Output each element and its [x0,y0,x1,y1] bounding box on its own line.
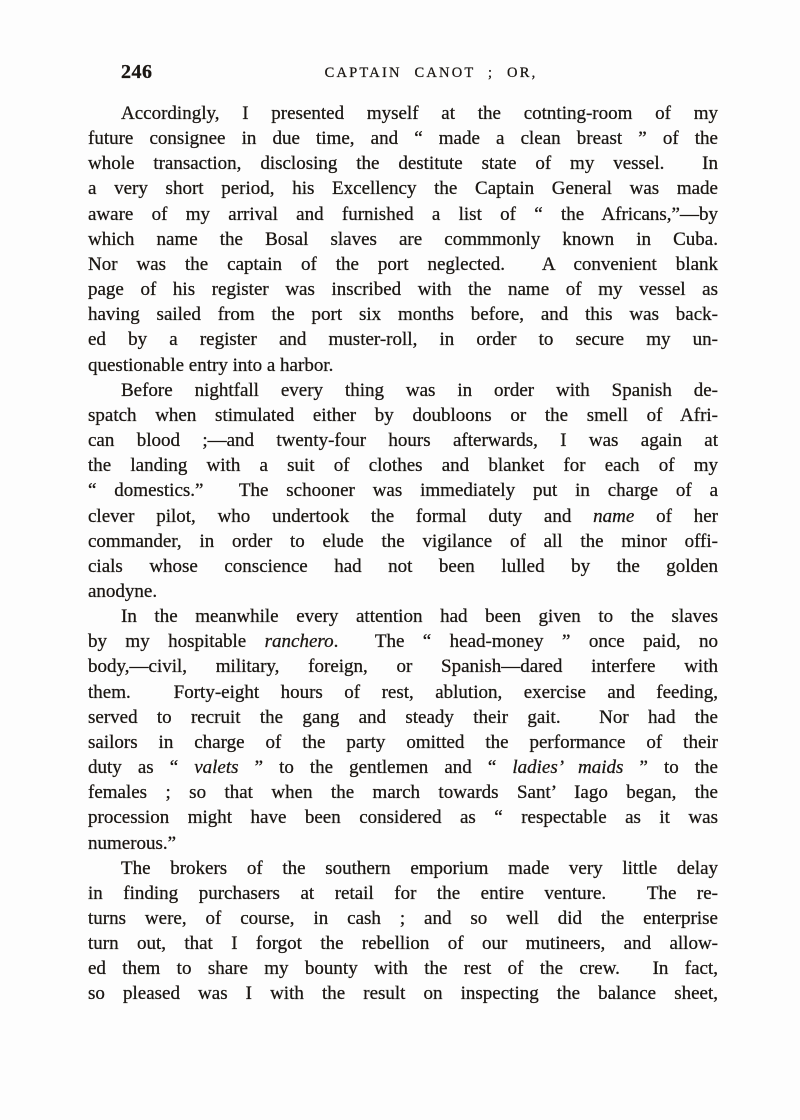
text-line: served to recruit the gang and steady th… [88,705,718,730]
text-line: which name the Bosal slaves are commmonl… [88,227,718,252]
paragraph: Accordingly, I presented myself at the c… [88,101,718,378]
text-segment: numerous.” [88,833,176,854]
text-segment: In the meanwhile every attention had bee… [121,606,718,627]
paragraph: The brokers of the southern emporium mad… [88,856,718,1007]
text-segment: turns were, of course, in cash ; and so … [88,908,718,929]
text-segment: sailors in charge of the party omitted t… [88,732,718,753]
text-line: the landing with a suit of clothes and b… [88,453,718,478]
paragraph: In the meanwhile every attention had bee… [88,604,718,856]
text-segment: anodyne. [88,581,157,602]
text-segment: whole transaction, disclosing the destit… [88,153,718,174]
text-line: spatch when stimulated either by doubloo… [88,403,718,428]
text-line: Before nightfall every thing was in orde… [88,378,718,403]
italic-text: name [593,506,634,527]
text-line: them. Forty-eight hours of rest, ablutio… [88,680,718,705]
text-line: ed them to share my bounty with the rest… [88,956,718,981]
text-line: questionable entry into a harbor. [88,353,718,378]
text-segment: in finding purchasers at retail for the … [88,883,718,904]
text-line: future consignee in due time, and “ made… [88,126,718,151]
italic-text: ladies’ maids [512,757,623,778]
book-page: 246 CAPTAIN CANOT ; OR, Accordingly, I p… [0,0,800,1120]
text-segment: of her [634,506,718,527]
text-line: so pleased was I with the result on insp… [88,981,718,1006]
text-line: procession might have been considered as… [88,805,718,830]
text-line: anodyne. [88,579,718,604]
page-number: 246 [121,61,153,83]
text-segment: questionable entry into a harbor. [88,355,333,376]
text-line: cials whose conscience had not been lull… [88,554,718,579]
text-segment: having sailed from the port six months b… [88,304,718,325]
text-segment: body,—civil, military, foreign, or Spani… [88,656,718,677]
text-line: duty as “ valets ” to the gentlemen and … [88,755,718,780]
paragraph: Before nightfall every thing was in orde… [88,378,718,604]
text-line: The brokers of the southern emporium mad… [88,856,718,881]
text-line: commander, in order to elude the vigilan… [88,529,718,554]
text-segment: page of his register was inscribed with … [88,279,718,300]
text-segment: future consignee in due time, and “ made… [88,128,718,149]
text-line: by my hospitable ranchero. The “ head-mo… [88,629,718,654]
text-segment: duty as “ [88,757,194,778]
text-segment: by my hospitable [88,631,265,652]
text-line: can blood ;—and twenty-four hours afterw… [88,428,718,453]
text-segment: Nor was the captain of the port neglecte… [88,254,718,275]
text-segment: so pleased was I with the result on insp… [88,983,718,1004]
text-line: In the meanwhile every attention had bee… [88,604,718,629]
italic-text: valets [194,757,238,778]
page-header: 246 CAPTAIN CANOT ; OR, [88,61,718,85]
text-line: Accordingly, I presented myself at the c… [88,101,718,126]
text-segment: procession might have been considered as… [88,807,718,828]
text-segment: ” to the gentlemen and “ [239,757,513,778]
text-segment: served to recruit the gang and steady th… [88,707,718,728]
text-segment: ” to the [623,757,718,778]
text-line: aware of my arrival and furnished a list… [88,202,718,227]
text-line: page of his register was inscribed with … [88,277,718,302]
text-segment: females ; so that when the march towards… [88,782,718,803]
text-line: turn out, that I forgot the rebellion of… [88,931,718,956]
text-segment: Accordingly, I presented myself at the c… [121,103,718,124]
text-line: numerous.” [88,831,718,856]
text-segment: a very short period, his Excellency the … [88,178,718,199]
text-segment: ed them to share my bounty with the rest… [88,958,718,979]
text-line: turns were, of course, in cash ; and so … [88,906,718,931]
text-segment: the landing with a suit of clothes and b… [88,455,718,476]
text-segment: . The “ head-money ” once paid, no [334,631,718,652]
text-line: having sailed from the port six months b… [88,302,718,327]
text-segment: clever pilot, who undertook the formal d… [88,506,593,527]
text-segment: spatch when stimulated either by doubloo… [88,405,718,426]
text-segment: “ domestics.” The schooner was immediate… [88,480,718,501]
text-line: ed by a register and muster-roll, in ord… [88,327,718,352]
text-segment: cials whose conscience had not been lull… [88,556,718,577]
text-segment: turn out, that I forgot the rebellion of… [88,933,718,954]
text-line: body,—civil, military, foreign, or Spani… [88,654,718,679]
page-body: Accordingly, I presented myself at the c… [88,101,718,1007]
text-line: “ domestics.” The schooner was immediate… [88,478,718,503]
running-title: CAPTAIN CANOT ; OR, [88,65,718,81]
text-line: females ; so that when the march towards… [88,780,718,805]
text-segment: which name the Bosal slaves are commmonl… [88,229,718,250]
text-segment: can blood ;—and twenty-four hours afterw… [88,430,718,451]
text-segment: them. Forty-eight hours of rest, ablutio… [88,682,718,703]
text-segment: aware of my arrival and furnished a list… [88,204,718,225]
text-line: in finding purchasers at retail for the … [88,881,718,906]
text-segment: commander, in order to elude the vigilan… [88,531,718,552]
text-line: clever pilot, who undertook the formal d… [88,504,718,529]
text-line: sailors in charge of the party omitted t… [88,730,718,755]
text-line: Nor was the captain of the port neglecte… [88,252,718,277]
text-line: a very short period, his Excellency the … [88,176,718,201]
text-segment: The brokers of the southern emporium mad… [121,858,718,879]
text-segment: Before nightfall every thing was in orde… [121,380,718,401]
text-line: whole transaction, disclosing the destit… [88,151,718,176]
italic-text: ranchero [265,631,334,652]
text-segment: ed by a register and muster-roll, in ord… [88,329,718,350]
